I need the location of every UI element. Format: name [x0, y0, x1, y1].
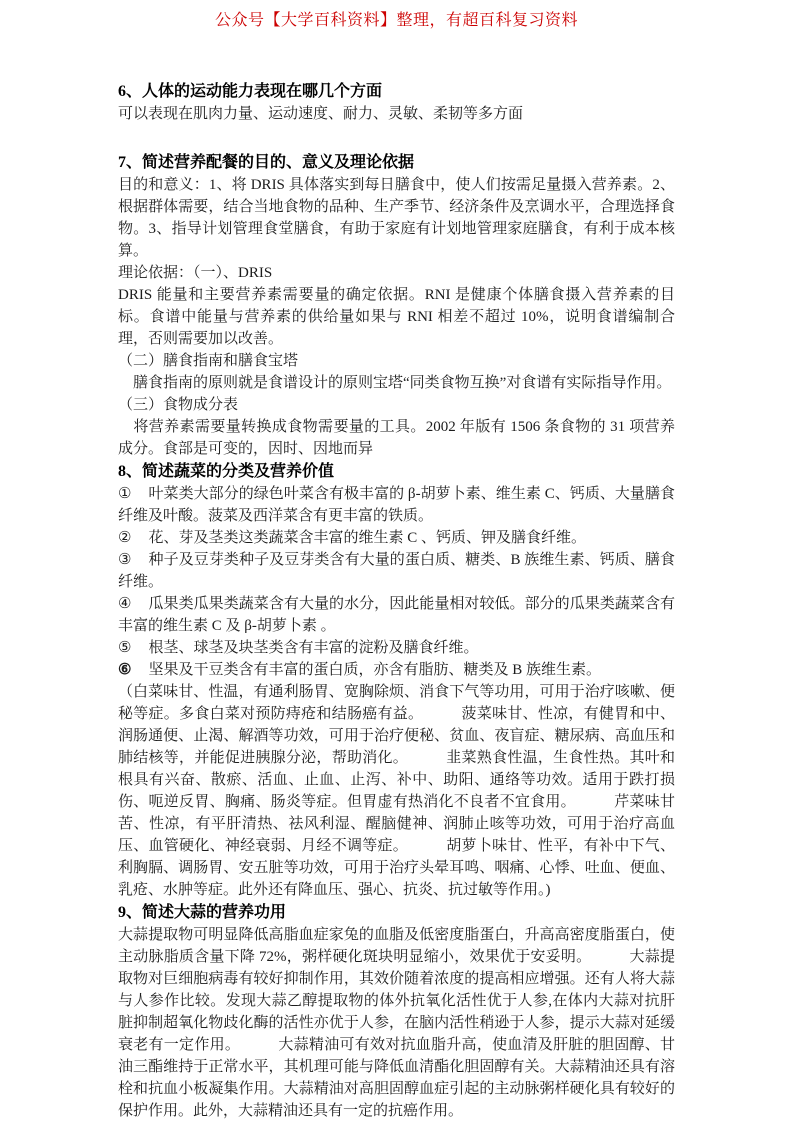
item-marker: ①: [118, 486, 132, 502]
item-text: 瓜果类瓜果类蔬菜含有大量的水分，因此能量相对较低。部分的瓜果类蔬菜含有丰富的维生…: [118, 596, 675, 634]
section-q8-note: （白菜味甘、性温，有通利肠胃、宽胸除烦、消食下气等功用，可用于治疗咳嗽、便秘等症…: [118, 681, 675, 901]
vegetable-item: ①叶菜类大部分的绿色叶菜含有极丰富的 β-胡萝卜素、维生素 C、钙质、大量膳食纤…: [118, 483, 675, 527]
doc-content: 6、人体的运动能力表现在哪几个方面 可以表现在肌肉力量、运动速度、耐力、灵敏、柔…: [118, 80, 675, 1122]
item-marker: ⑥: [118, 662, 131, 678]
section-q7: 7、简述营养配餐的目的、意义及理论依据 目的和意义：1、将 DRIS 具体落实到…: [118, 151, 675, 460]
section-q9: 9、简述大蒜的营养功用 大蒜提取物可明显降低高脂血症家兔的血脂及低密度脂蛋白，升…: [118, 901, 675, 1122]
item-text: 坚果及干豆类含有丰富的蛋白质，亦含有脂肪、糖类及 B 族维生素。: [148, 662, 601, 678]
vegetable-item: ②花、芽及茎类这类蔬菜含丰富的维生素 C 、钙质、钾及膳食纤维。: [118, 527, 675, 549]
section-q7-paragraph: 将营养素需要量转换成食物需要量的工具。2002 年版有 1506 条食物的 31…: [118, 416, 675, 460]
section-q6: 6、人体的运动能力表现在哪几个方面 可以表现在肌肉力量、运动速度、耐力、灵敏、柔…: [118, 80, 675, 125]
section-q8: 8、简述蔬菜的分类及营养价值 ①叶菜类大部分的绿色叶菜含有极丰富的 β-胡萝卜素…: [118, 460, 675, 901]
section-q7-paragraph: 理论依据：（一）、DRIS: [118, 262, 675, 284]
vegetable-item: ④瓜果类瓜果类蔬菜含有大量的水分，因此能量相对较低。部分的瓜果类蔬菜含有丰富的维…: [118, 593, 675, 637]
vegetable-item: ⑥坚果及干豆类含有丰富的蛋白质，亦含有脂肪、糖类及 B 族维生素。: [118, 659, 675, 681]
item-marker: ②: [118, 530, 131, 546]
item-text: 种子及豆芽类种子及豆芽类含有大量的蛋白质、糖类、B 族维生素、钙质、膳食纤维。: [118, 552, 675, 590]
section-q9-paragraph: 大蒜提取物可明显降低高脂血症家兔的血脂及低密度脂蛋白，升高高密度脂蛋白，使主动脉…: [118, 924, 675, 1122]
item-marker: ⑤: [118, 640, 131, 656]
section-q7-paragraph: （三）食物成分表: [118, 394, 675, 416]
vegetable-item: ③种子及豆芽类种子及豆芽类含有大量的蛋白质、糖类、B 族维生素、钙质、膳食纤维。: [118, 549, 675, 593]
section-q6-paragraph: 可以表现在肌肉力量、运动速度、耐力、灵敏、柔韧等多方面: [118, 103, 675, 125]
section-q7-paragraph: DRIS 能量和主要营养素需要量的确定依据。RNI 是健康个体膳食摄入营养素的目…: [118, 284, 675, 350]
section-q6-heading: 6、人体的运动能力表现在哪几个方面: [118, 80, 675, 103]
doc-header-watermark: 公众号【大学百科资料】整理，有超百科复习资料: [0, 0, 793, 30]
item-marker: ③: [118, 552, 132, 568]
item-text: 花、芽及茎类这类蔬菜含丰富的维生素 C 、钙质、钾及膳食纤维。: [148, 530, 586, 546]
vegetable-item: ⑤根茎、球茎及块茎类含有丰富的淀粉及膳食纤维。: [118, 637, 675, 659]
item-text: 叶菜类大部分的绿色叶菜含有极丰富的 β-胡萝卜素、维生素 C、钙质、大量膳食纤维…: [118, 486, 675, 524]
section-q7-paragraph: （二）膳食指南和膳食宝塔: [118, 350, 675, 372]
section-q7-paragraph: 目的和意义：1、将 DRIS 具体落实到每日膳食中，使人们按需足量摄入营养素。2…: [118, 174, 675, 262]
document-page: 公众号【大学百科资料】整理，有超百科复习资料 6、人体的运动能力表现在哪几个方面…: [0, 0, 793, 1122]
item-text: 根茎、球茎及块茎类含有丰富的淀粉及膳食纤维。: [148, 640, 478, 656]
section-q9-heading: 9、简述大蒜的营养功用: [118, 901, 675, 924]
section-q7-heading: 7、简述营养配餐的目的、意义及理论依据: [118, 151, 675, 174]
section-q8-heading: 8、简述蔬菜的分类及营养价值: [118, 460, 675, 483]
item-marker: ④: [118, 596, 132, 612]
section-q7-paragraph: 膳食指南的原则就是食谱设计的原则宝塔“同类食物互换”对食谱有实际指导作用。: [118, 372, 675, 394]
